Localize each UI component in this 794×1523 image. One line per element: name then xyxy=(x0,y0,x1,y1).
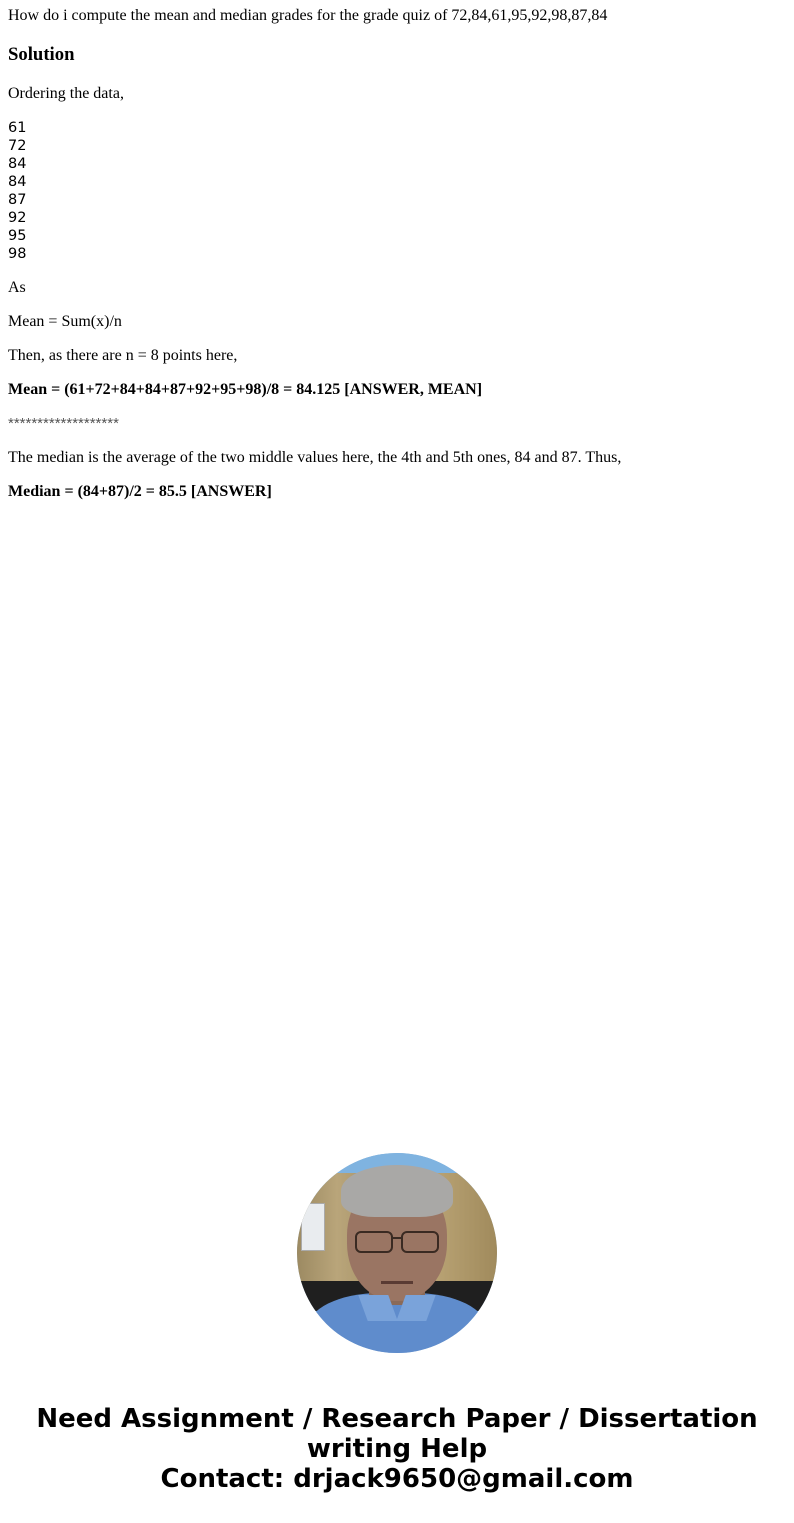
author-photo-icon xyxy=(297,1153,497,1353)
list-item: 92 xyxy=(8,209,26,227)
ordering-intro: Ordering the data, xyxy=(8,85,124,103)
banner-line-2: writing Help xyxy=(0,1434,794,1464)
ordered-values-list: 61 72 84 84 87 92 95 98 xyxy=(8,119,26,263)
list-item: 98 xyxy=(8,245,26,263)
median-explanation: The median is the average of the two mid… xyxy=(8,449,621,467)
contact-email: Contact: drjack9650@gmail.com xyxy=(0,1464,794,1494)
contact-banner: Need Assignment / Research Paper / Disse… xyxy=(0,1404,794,1494)
as-text: As xyxy=(8,279,26,297)
separator: ******************* xyxy=(8,415,119,433)
list-item: 61 xyxy=(8,119,26,137)
list-item: 72 xyxy=(8,137,26,155)
list-item: 84 xyxy=(8,155,26,173)
question-text: How do i compute the mean and median gra… xyxy=(8,7,607,25)
solution-heading: Solution xyxy=(8,44,74,66)
n-count-text: Then, as there are n = 8 points here, xyxy=(8,347,237,365)
list-item: 84 xyxy=(8,173,26,191)
list-item: 95 xyxy=(8,227,26,245)
list-item: 87 xyxy=(8,191,26,209)
median-answer: Median = (84+87)/2 = 85.5 [ANSWER] xyxy=(8,483,272,501)
banner-line-1: Need Assignment / Research Paper / Disse… xyxy=(0,1404,794,1434)
mean-answer: Mean = (61+72+84+84+87+92+95+98)/8 = 84.… xyxy=(8,381,482,399)
mean-formula: Mean = Sum(x)/n xyxy=(8,313,122,331)
